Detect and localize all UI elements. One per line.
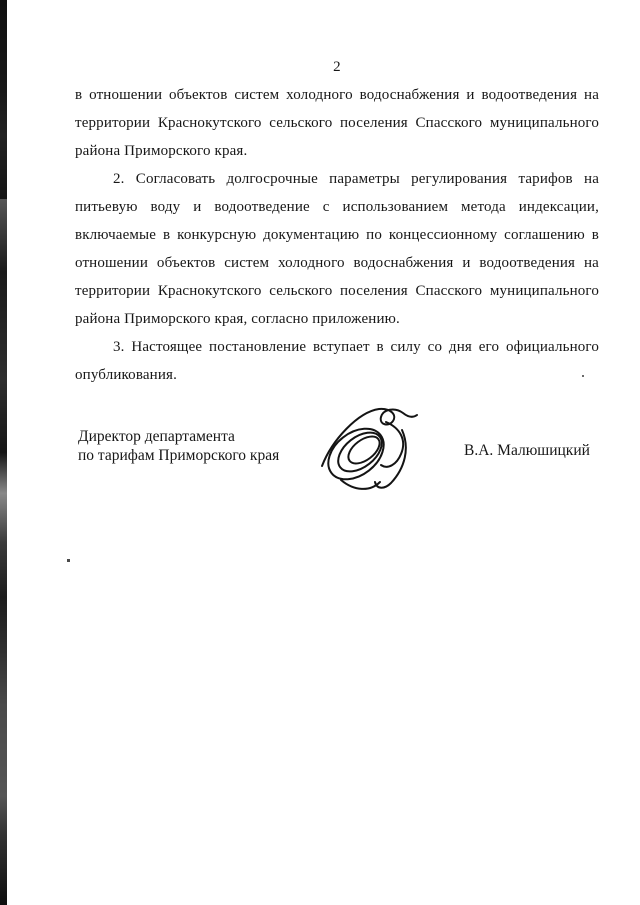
page-number: 2 — [75, 57, 599, 77]
body-line: питьевую воду и водоотведение с использо… — [75, 193, 599, 221]
body-line: опубликования. — [75, 361, 599, 389]
position-line: по тарифам Приморского края — [78, 446, 279, 465]
handwritten-signature-icon — [318, 402, 420, 494]
scan-speck — [582, 375, 584, 377]
position-line: Директор департамента — [78, 427, 279, 446]
document-page: 2 в отношении объектов систем холодного … — [0, 0, 640, 905]
body-line: отношении объектов систем холодного водо… — [75, 249, 599, 277]
body-line: включаемые в конкурсную документацию по … — [75, 221, 599, 249]
scan-speck — [67, 559, 70, 562]
signatory-position: Директор департамента по тарифам Приморс… — [78, 427, 279, 465]
body-line: территории Краснокутского сельского посе… — [75, 277, 599, 305]
body-line: территории Краснокутского сельского посе… — [75, 109, 599, 137]
body-line: в отношении объектов систем холодного во… — [75, 81, 599, 109]
document-body: в отношении объектов систем холодного во… — [75, 81, 599, 389]
body-line: 3. Настоящее постановление вступает в си… — [75, 333, 599, 361]
scan-edge-artifact — [0, 0, 7, 905]
body-line: района Приморского края, согласно прилож… — [75, 305, 599, 333]
body-line: 2. Согласовать долгосрочные параметры ре… — [75, 165, 599, 193]
signatory-name: В.А. Малюшицкий — [464, 441, 590, 460]
body-line: района Приморского края. — [75, 137, 599, 165]
